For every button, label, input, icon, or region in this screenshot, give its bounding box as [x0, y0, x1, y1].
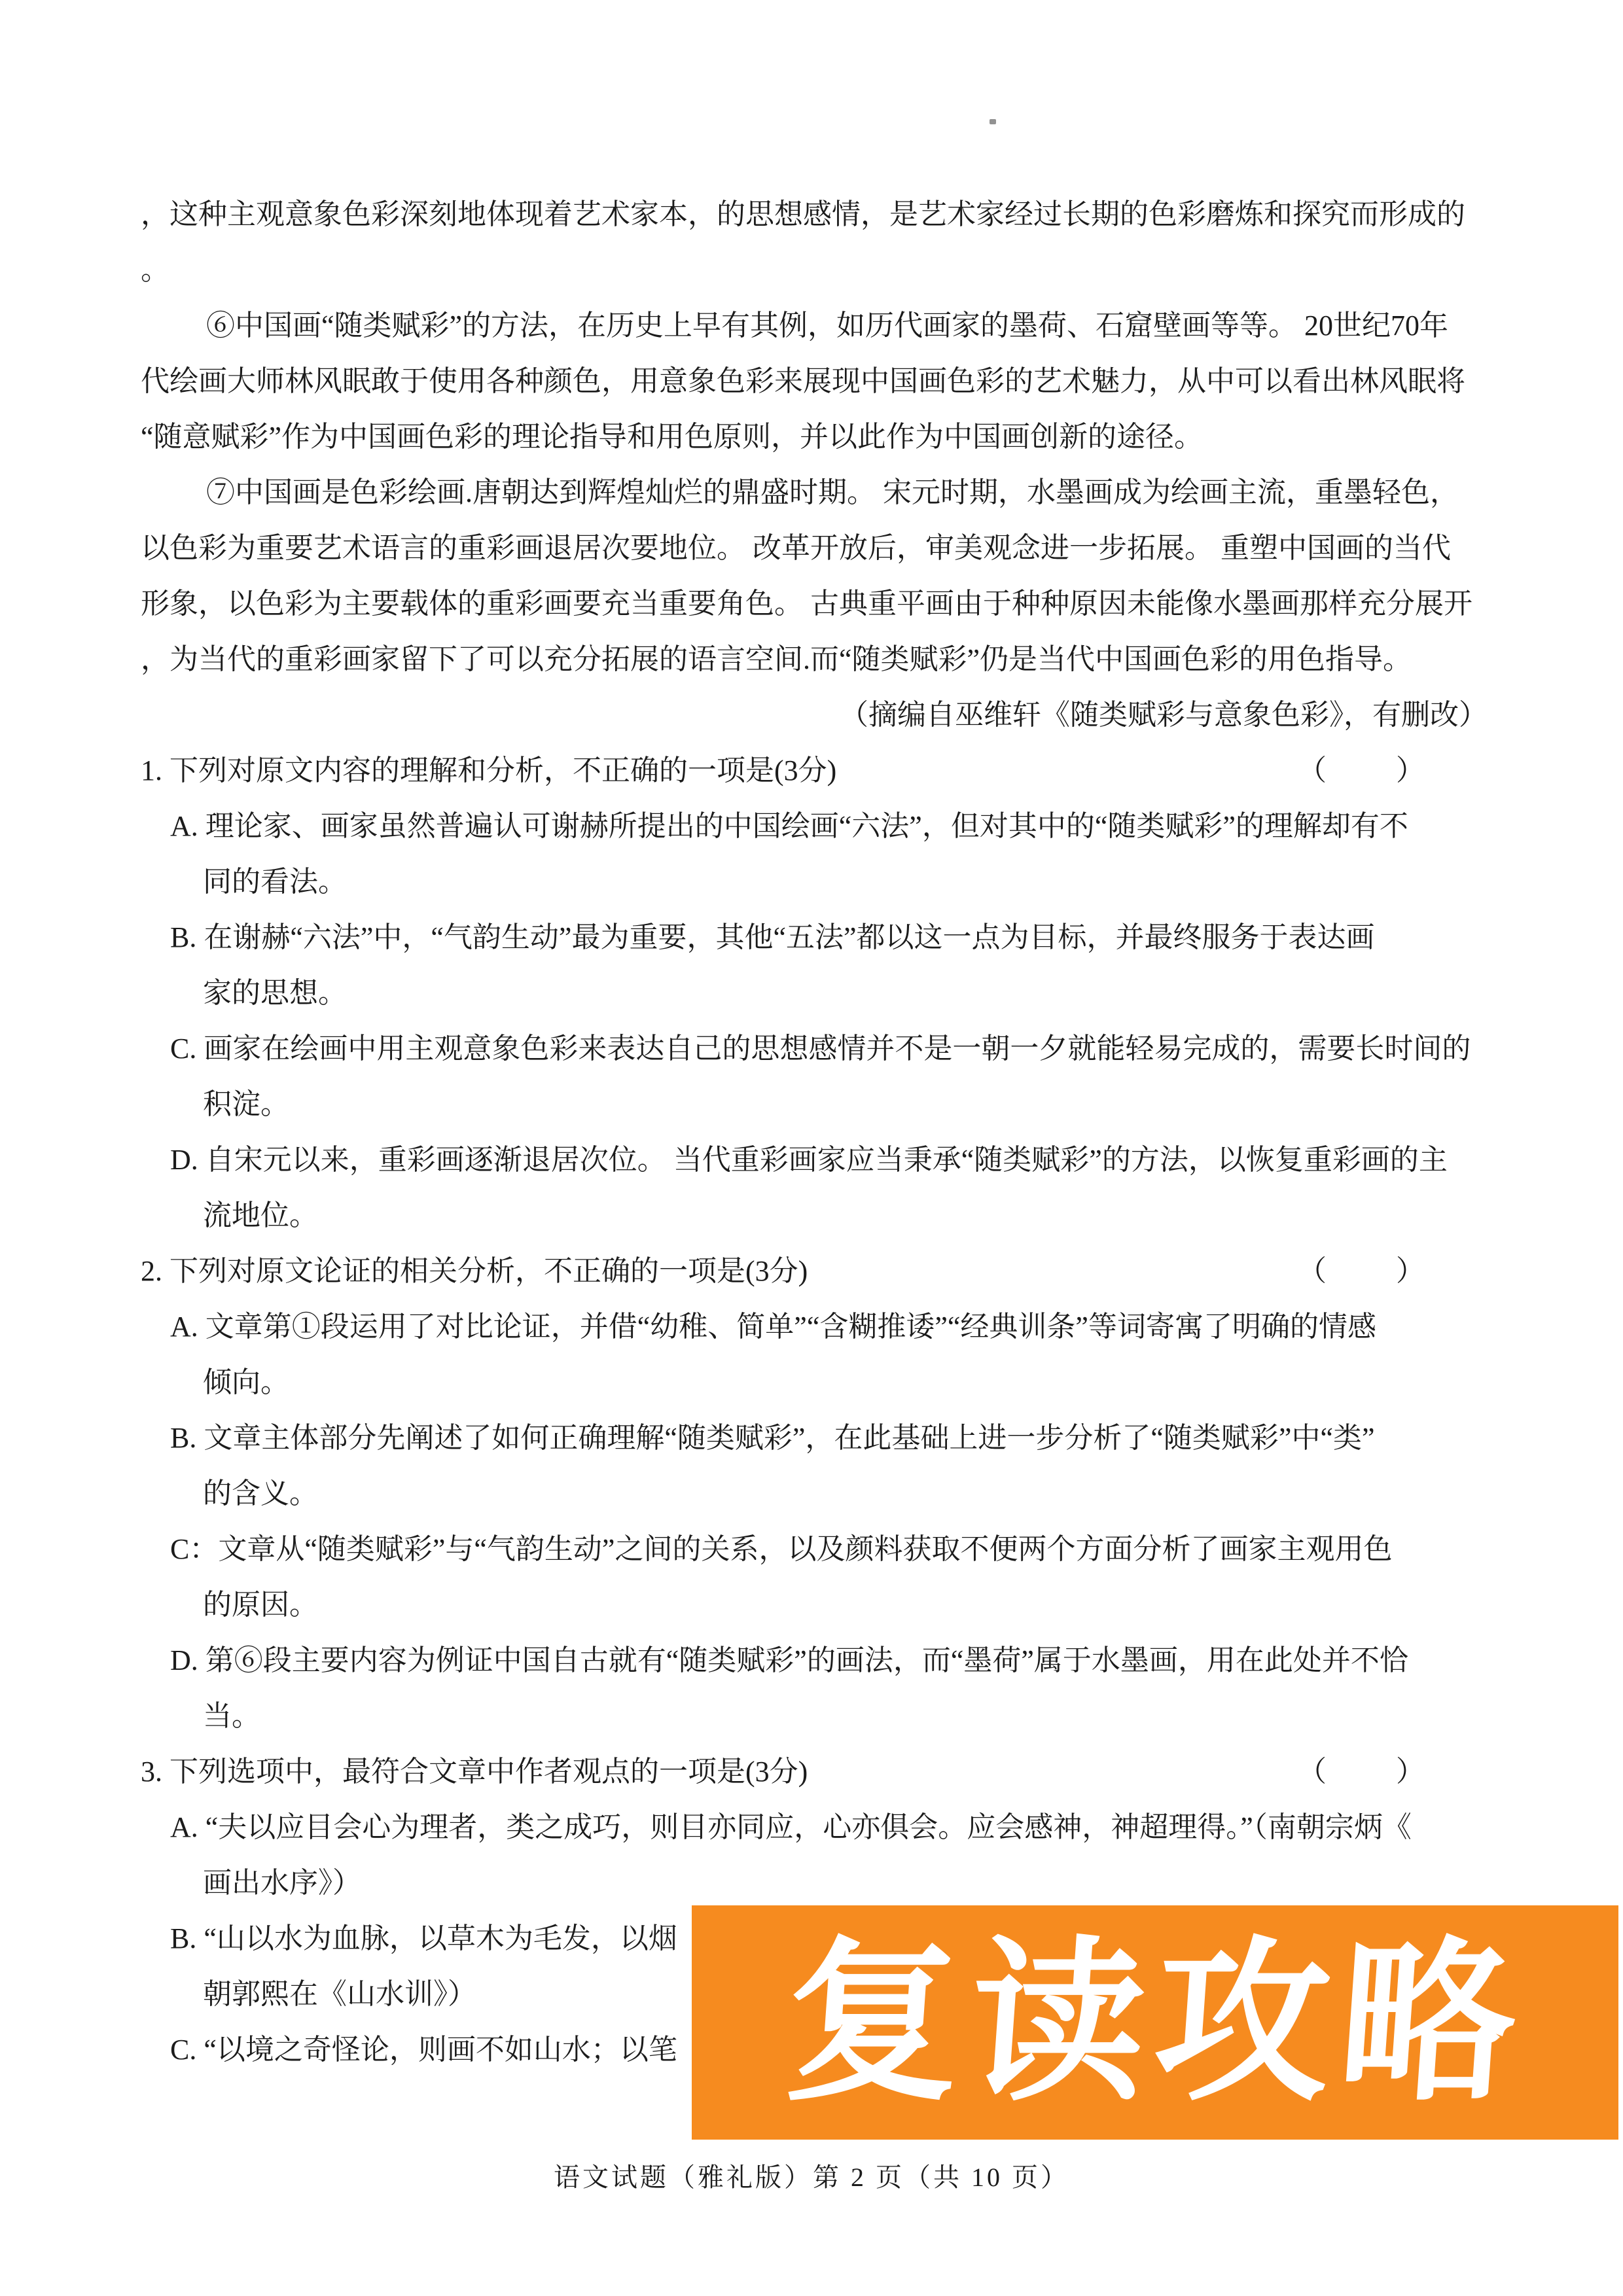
- question-1-option-d: D. 自宋元以来，重彩画逐渐退居次位。 当代重彩画家应当秉承“随类赋彩”的方法，…: [170, 1132, 1488, 1188]
- question-2-text: 2. 下列对原文论证的相关分析，不正确的一项是(3分): [141, 1255, 808, 1287]
- banner-text: 复读攻略: [777, 1905, 1532, 2140]
- exam-paper-page: ，这种主观意象色彩深刻地体现着艺术家本，的思想感情，是艺术家经过长期的色彩磨炼和…: [0, 0, 1623, 2296]
- question-1: 1. 下列对原文内容的理解和分析，不正确的一项是(3分) （ ）: [141, 743, 1488, 798]
- paragraph-line: 。: [141, 242, 1488, 298]
- paragraph-line: “随意赋彩”作为中国画色彩的理论指导和用色原则，并以此作为中国画创新的途径。: [141, 409, 1488, 465]
- question-1-option-b-cont: 家的思想。: [203, 965, 1488, 1021]
- question-1-option-a-cont: 同的看法。: [203, 854, 1488, 910]
- repeat-study-guide-watermark-banner: 复读攻略: [692, 1905, 1618, 2140]
- answer-bracket: （ ）: [1298, 1243, 1429, 1299]
- question-3-text: 3. 下列选项中，最符合文章中作者观点的一项是(3分): [141, 1756, 808, 1788]
- paragraph-6-first-line: ⑥中国画“随类赋彩”的方法，在历史上早有其例，如历代画家的墨荷、石窟壁画等等。 …: [141, 298, 1488, 353]
- paragraph-line: 代绘画大师林风眠敢于使用各种颜色，用意象色彩来展现中国画色彩的艺术魅力，从中可以…: [141, 353, 1488, 409]
- paragraph-7-first-line: ⑦中国画是色彩绘画.唐朝达到辉煌灿烂的鼎盛时期。 宋元时期，水墨画成为绘画主流，…: [141, 465, 1488, 520]
- question-2-option-b-cont: 的含义。: [203, 1466, 1488, 1521]
- question-3: 3. 下列选项中，最符合文章中作者观点的一项是(3分) （ ）: [141, 1744, 1488, 1799]
- question-1-text: 1. 下列对原文内容的理解和分析，不正确的一项是(3分): [141, 754, 836, 786]
- question-2-option-d: D. 第⑥段主要内容为例证中国自古就有“随类赋彩”的画法，而“墨荷”属于水墨画，…: [170, 1633, 1488, 1688]
- paragraph-line: ，这种主观意象色彩深刻地体现着艺术家本，的思想感情，是艺术家经过长期的色彩磨炼和…: [141, 186, 1488, 242]
- question-2-option-c: C：文章从“随类赋彩”与“气韵生动”之间的关系，以及颜料获取不便两个方面分析了画…: [170, 1521, 1488, 1577]
- question-3-option-a: A. “夫以应目会心为理者，类之成巧，则目亦同应，心亦俱会。应会感神，神超理得。…: [170, 1799, 1488, 1855]
- question-2: 2. 下列对原文论证的相关分析，不正确的一项是(3分) （ ）: [141, 1243, 1488, 1299]
- page-footer: 语文试题（雅礼版）第 2 页（共 10 页）: [0, 2159, 1623, 2196]
- source-attribution: （摘编自巫维轩《随类赋彩与意象色彩》，有删改）: [141, 687, 1488, 743]
- scan-artifact-dot: [990, 119, 996, 124]
- question-2-option-a: A. 文章第①段运用了对比论证，并借“幼稚、简单”“含糊推诿”“经典训条”等词寄…: [170, 1299, 1488, 1354]
- question-1-option-d-cont: 流地位。: [203, 1188, 1488, 1243]
- question-1-option-b: B. 在谢赫“六法”中，“气韵生动”最为重要，其他“五法”都以这一点为目标，并最…: [170, 910, 1488, 965]
- question-2-option-a-cont: 倾向。: [203, 1354, 1488, 1410]
- question-1-option-c-cont: 积淀。: [203, 1076, 1488, 1132]
- question-2-option-b: B. 文章主体部分先阐述了如何正确理解“随类赋彩”，在此基础上进一步分析了“随类…: [170, 1410, 1488, 1466]
- paragraph-line: ，为当代的重彩画家留下了可以充分拓展的语言空间.而“随类赋彩”仍是当代中国画色彩…: [141, 631, 1488, 687]
- question-3-option-a-cont: 画出水序》）: [203, 1855, 1488, 1911]
- answer-bracket: （ ）: [1298, 743, 1429, 798]
- question-1-option-a: A. 理论家、画家虽然普遍认可谢赫所提出的中国绘画“六法”，但对其中的“随类赋彩…: [170, 798, 1488, 854]
- paragraph-line: 形象，以色彩为主要载体的重彩画要充当重要角色。 古典重平画由于种种原因未能像水墨…: [141, 576, 1488, 631]
- question-2-option-d-cont: 当。: [203, 1688, 1488, 1744]
- question-2-option-c-cont: 的原因。: [203, 1577, 1488, 1633]
- question-1-option-c: C. 画家在绘画中用主观意象色彩来表达自己的思想感情并不是一朝一夕就能轻易完成的…: [170, 1021, 1488, 1076]
- paragraph-line: 以色彩为重要艺术语言的重彩画退居次要地位。 改革开放后，审美观念进一步拓展。 重…: [141, 520, 1488, 576]
- answer-bracket: （ ）: [1298, 1744, 1429, 1799]
- exam-body: ，这种主观意象色彩深刻地体现着艺术家本，的思想感情，是艺术家经过长期的色彩磨炼和…: [141, 186, 1488, 2077]
